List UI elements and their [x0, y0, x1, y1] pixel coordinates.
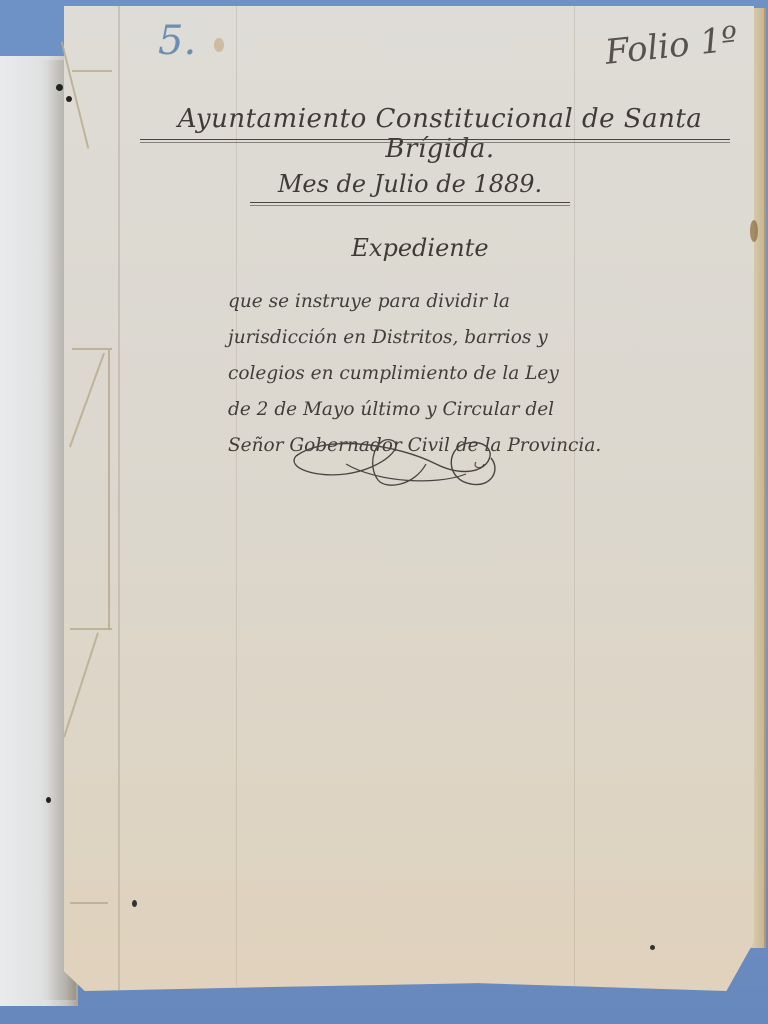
body-line: de 2 de Mayo último y Circular del [228, 392, 588, 428]
date-line: Mes de Julio de 1889. [250, 170, 570, 198]
ink-spot [56, 84, 63, 91]
ink-spot [132, 900, 137, 907]
binding-thread [70, 902, 108, 904]
ink-spot [650, 945, 655, 950]
date-underline [250, 205, 570, 206]
binding-thread [72, 70, 112, 72]
body-line: que se instruye para dividir la [228, 284, 588, 320]
ink-spot [66, 96, 72, 102]
flourish-ornament [286, 434, 506, 494]
stain [214, 38, 224, 52]
binding-thread [72, 348, 112, 350]
header-title: Ayuntamiento Constitucional de Santa Brí… [160, 104, 720, 164]
header-underline [140, 142, 730, 143]
body-line: colegios en cumplimiento de la Ley [228, 356, 588, 392]
spine-crease [118, 6, 120, 991]
heading-expediente: Expediente [330, 234, 510, 262]
archive-number: 5. [158, 18, 196, 64]
header-underline [140, 139, 730, 140]
ink-spot [46, 797, 51, 803]
binding-thread [70, 628, 112, 630]
stain [750, 220, 758, 242]
binding-thread [108, 350, 110, 630]
body-line: jurisdicción en Distritos, barrios y [228, 320, 588, 356]
date-underline [250, 202, 570, 203]
